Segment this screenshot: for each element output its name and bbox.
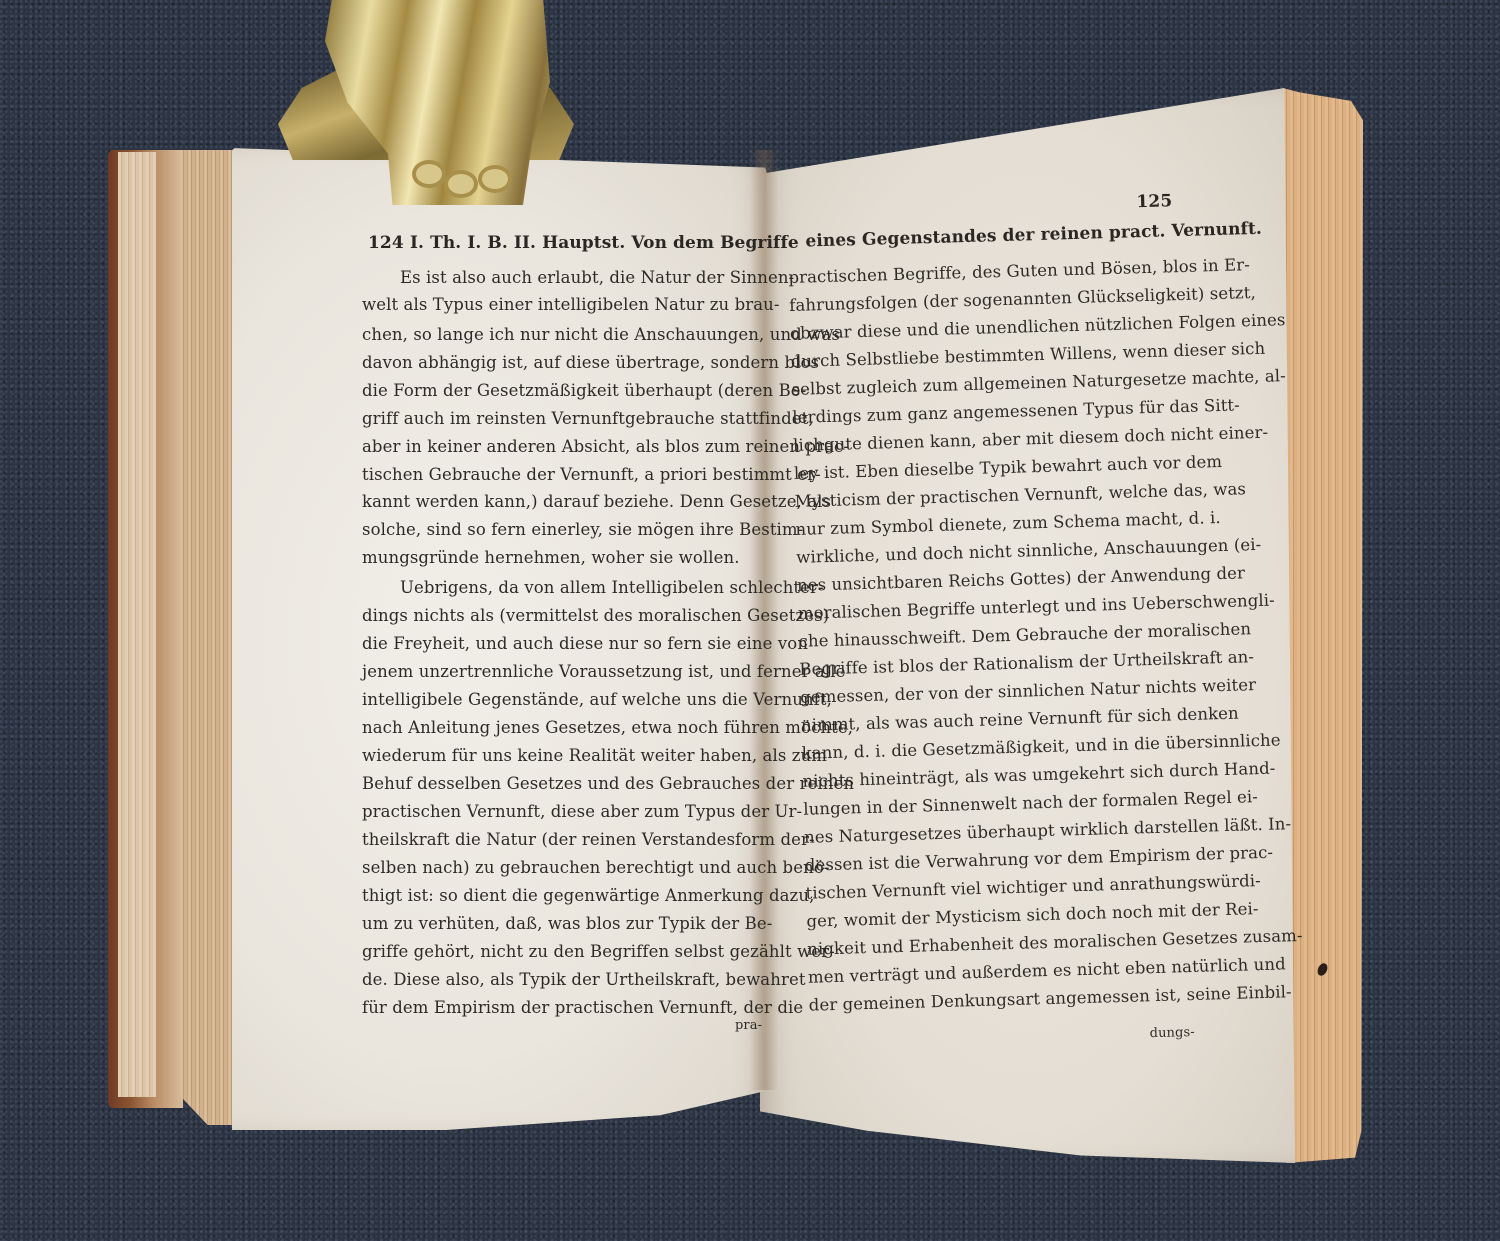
text-line: nichts hineinträgt, als was umgekehrt si… [802, 759, 1275, 791]
text-line: der gemeinen Denkungsart angemessen ist,… [809, 982, 1292, 1014]
text-line: wirkliche, und doch nicht sinnliche, Ans… [796, 535, 1262, 567]
text-line: lungen in der Sinnenwelt nach der formal… [803, 787, 1258, 819]
text-line: nes unsichtbaren Reichs Gottes) der Anwe… [797, 563, 1245, 595]
text-line: die Freyheit, und auch diese nur so fern… [362, 634, 808, 653]
text-line: practischen Begriffe, des Guten und Böse… [788, 255, 1250, 287]
text-line: solche, sind so fern einerley, sie mögen… [362, 520, 803, 539]
text-line: intelligibele Gegenstände, auf welche un… [362, 690, 832, 709]
text-line: kann, d. i. die Gesetzmäßigkeit, und in … [801, 730, 1280, 762]
text-line: durch Selbstliebe bestimmten Willens, we… [791, 339, 1266, 371]
text-line: um zu verhüten, daß, was blos zur Typik … [362, 914, 772, 933]
text-line: selbst zugleich zum allgemeinen Naturges… [791, 366, 1286, 399]
text-line: wiederum für uns keine Realität weiter h… [362, 746, 827, 765]
page-edges-left-outer [118, 152, 156, 1097]
text-line: aber in keiner anderen Absicht, als blos… [362, 437, 849, 456]
text-line: tischen Gebrauche der Vernunft, a priori… [362, 465, 821, 484]
clip-knuckle [412, 160, 446, 188]
running-head-left: I. Th. I. B. II. Hauptst. Von dem Begrif… [410, 233, 799, 253]
text-line: ley ist. Eben dieselbe Typik bewahrt auc… [794, 452, 1223, 483]
text-line: practischen Vernunft, diese aber zum Typ… [362, 802, 802, 821]
text-line: griffe gehört, nicht zu den Begriffen se… [362, 942, 835, 961]
text-line: lichgute dienen kann, aber mit diesem do… [793, 423, 1269, 455]
text-line: nur zum Symbol dienete, zum Schema macht… [795, 508, 1221, 539]
text-line: Mysticism der practischen Vernunft, welc… [794, 479, 1246, 511]
page-edges-right [1283, 88, 1363, 1163]
page-number-left: 124 [368, 233, 404, 253]
text-line: moralischen Begriffe unterlegt und ins U… [798, 591, 1276, 623]
text-line: selben nach) zu gebrauchen berechtigt un… [362, 858, 830, 877]
catchword-right: dungs- [1149, 1025, 1194, 1041]
text-line: obzwar diese und die unendlichen nützlic… [790, 310, 1286, 343]
text-line: de. Diese also, als Typik der Urtheilskr… [362, 970, 806, 989]
text-line: thigt ist: so dient die gegenwärtige Anm… [362, 886, 814, 905]
text-line: nimmt, als was auch reine Vernunft für s… [801, 704, 1239, 735]
text-line: men verträgt und außerdem es nicht eben … [808, 954, 1286, 986]
text-line: Uebrigens, da von allem Intelligibelen s… [400, 578, 824, 597]
text-line: tischen Vernunft viel wichtiger und anra… [805, 871, 1261, 903]
text-line: griff auch im reinsten Vernunftgebrauche… [362, 409, 814, 428]
text-line: chen, so lange ich nur nicht die Anschau… [362, 325, 840, 344]
text-line: für dem Empirism der practischen Vernunf… [362, 998, 803, 1017]
text-line: ger, womit der Mysticism sich doch noch … [806, 899, 1259, 931]
text-line: Begriffe ist blos der Rationalism der Ur… [799, 647, 1254, 679]
page-number-right: 125 [1136, 191, 1172, 212]
text-line: lerdings zum ganz angemessenen Typus für… [792, 395, 1240, 426]
text-line: mungsgründe hernehmen, woher sie wollen. [362, 548, 740, 567]
text-line: Es ist also auch erlaubt, die Natur der … [400, 268, 794, 287]
text-line: nigkeit und Erhabenheit des moralischen … [807, 926, 1303, 959]
right-page-text: eines Gegenstandes der reinen pract. Ver… [786, 177, 1290, 1050]
text-line: fahrungsfolgen (der sogenannten Glücksel… [789, 283, 1256, 315]
text-line: kannt werden kann,) darauf beziehe. Denn… [362, 492, 831, 511]
text-line: dings nichts als (vermittelst des morali… [362, 606, 829, 625]
text-line: Behuf desselben Gesetzes und des Gebrauc… [362, 774, 854, 793]
text-line: che hinausschweift. Dem Gebrauche der mo… [798, 619, 1251, 651]
clip-knuckle [478, 165, 512, 193]
text-line: jenem unzertrennliche Voraussetzung ist,… [362, 662, 845, 681]
text-line: nach Anleitung jenes Gesetzes, etwa noch… [362, 718, 853, 737]
text-line: gemessen, der von der sinnlichen Natur n… [800, 675, 1256, 707]
catchword-left: pra- [735, 1018, 762, 1033]
clip-knuckle [444, 170, 478, 198]
running-head-right: eines Gegenstandes der reinen pract. Ver… [805, 219, 1262, 252]
text-line: davon abhängig ist, auf diese übertrage,… [362, 353, 819, 372]
text-line: nes Naturgesetzes überhaupt wirklich dar… [804, 814, 1292, 847]
text-line: die Form der Gesetzmäßigkeit überhaupt (… [362, 381, 806, 400]
text-line: dessen ist die Verwahrung vor dem Empiri… [805, 843, 1274, 875]
text-line: theilskraft die Natur (der reinen Versta… [362, 830, 815, 849]
text-line: welt als Typus einer intelligibelen Natu… [362, 295, 780, 314]
